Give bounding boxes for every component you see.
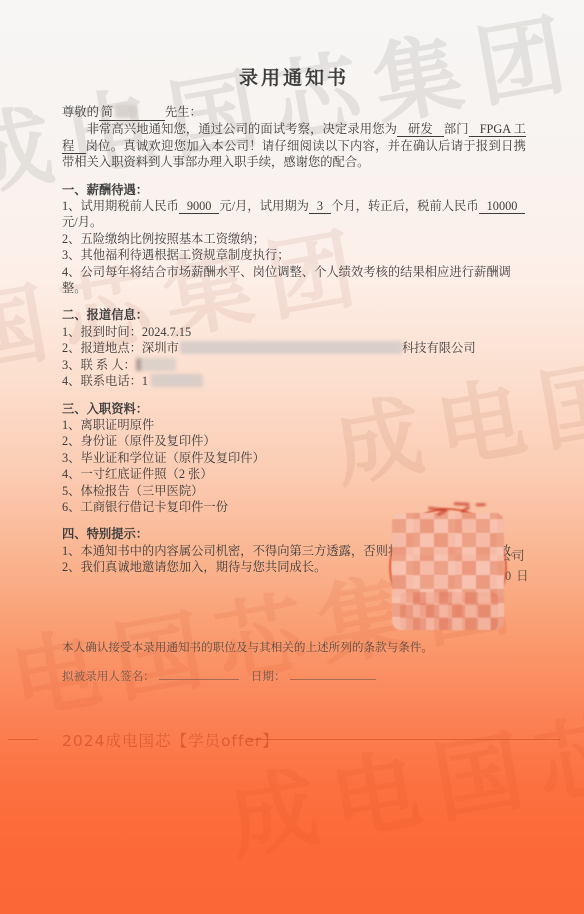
greeting-prefix: 尊敬的	[62, 105, 99, 119]
recipient-name-blank: 简	[99, 104, 165, 121]
date-label: 日期：	[251, 670, 286, 683]
probation-salary-value: 9000	[179, 199, 220, 214]
contact-phone-line: 4、联系电话：1	[62, 373, 526, 389]
section-heading: 三、入职资料：	[62, 401, 526, 417]
watermark-text: 成电国芯集团	[222, 666, 584, 868]
greeting-line: 尊敬的简先生：	[62, 104, 526, 121]
footer-strip: 2024成电国芯【学员offer】	[0, 728, 584, 750]
section-heading: 一、薪酬待遇：	[62, 182, 526, 198]
regular-salary-value: 10000	[479, 199, 526, 214]
report-time-line: 1、报到时间：2024.7.15	[62, 324, 526, 340]
list-item: 4、公司每年将结合市场薪酬水平、岗位调整、个人绩效考核的结果相应进行薪酬调整。	[62, 264, 526, 297]
department-value: 研发	[397, 122, 444, 137]
section-report-info: 二、报道信息： 1、报到时间：2024.7.15 2、报道地点：深圳市科技有限公…	[62, 307, 526, 389]
list-item: 4、一寸红底证件照（2 张）	[62, 466, 526, 482]
signature-line: 拟被录用人签名：日期：	[62, 668, 526, 685]
report-place-line: 2、报道地点：深圳市科技有限公司	[62, 340, 526, 356]
footer-watermark-text: 2024成电国芯【学员offer】	[62, 729, 279, 751]
list-item: 2、身份证（原件及复印件）	[62, 433, 526, 449]
date-fragment: 0 日	[505, 566, 530, 584]
contact-person-line: 3、联 系 人：	[62, 357, 526, 373]
list-item: 2、五险缴纳比例按照基本工资缴纳；	[62, 231, 526, 247]
footer-line-right	[248, 739, 560, 740]
signature-blank	[159, 668, 239, 680]
redaction-blur	[115, 105, 137, 118]
redaction-blur	[136, 358, 176, 371]
section-salary: 一、薪酬待遇： 1、试用期税前人民币9000元/月，试用期为3个月，转正后，税前…	[62, 182, 526, 297]
list-item: 3、毕业证和学位证（原件及复印件）	[62, 450, 526, 466]
salary-line: 1、试用期税前人民币9000元/月，试用期为3个月，转正后，税前人民币10000…	[62, 198, 526, 231]
list-item: 1、离职证明原件	[62, 417, 526, 433]
footer-line-left	[8, 739, 38, 740]
section-heading: 二、报道信息：	[62, 307, 526, 323]
probation-months-value: 3	[309, 199, 331, 214]
section-onboarding-docs: 三、入职资料： 1、离职证明原件 2、身份证（原件及复印件） 3、毕业证和学位证…	[62, 401, 526, 516]
recipient-name: 简	[101, 105, 113, 119]
list-item: 3、其他福利待遇根据工资规章制度执行；	[62, 247, 526, 263]
company-seal-pixelated-blur	[392, 513, 504, 630]
list-item: 5、体检报告（三甲医院）	[62, 483, 526, 499]
acceptance-statement: 本人确认接受本录用通知书的职位及与其相关的上述所列的条款与条件。	[62, 640, 526, 656]
page-title: 录用通知书	[62, 66, 526, 92]
date-blank	[290, 668, 376, 680]
greeting-suffix: 先生：	[165, 105, 202, 119]
intro-paragraph: 非常高兴地通知您，通过公司的面试考察，决定录用您为研发部门FPGA 工程岗位。真…	[62, 121, 526, 170]
signature-label: 拟被录用人签名：	[62, 670, 155, 683]
offer-letter-page: 成电国芯集团 成电国芯集团 成电国芯集团 成电国芯集团 成电国芯集团 录用通知书…	[0, 0, 584, 914]
redaction-blur	[151, 374, 203, 387]
redaction-blur	[180, 341, 402, 354]
